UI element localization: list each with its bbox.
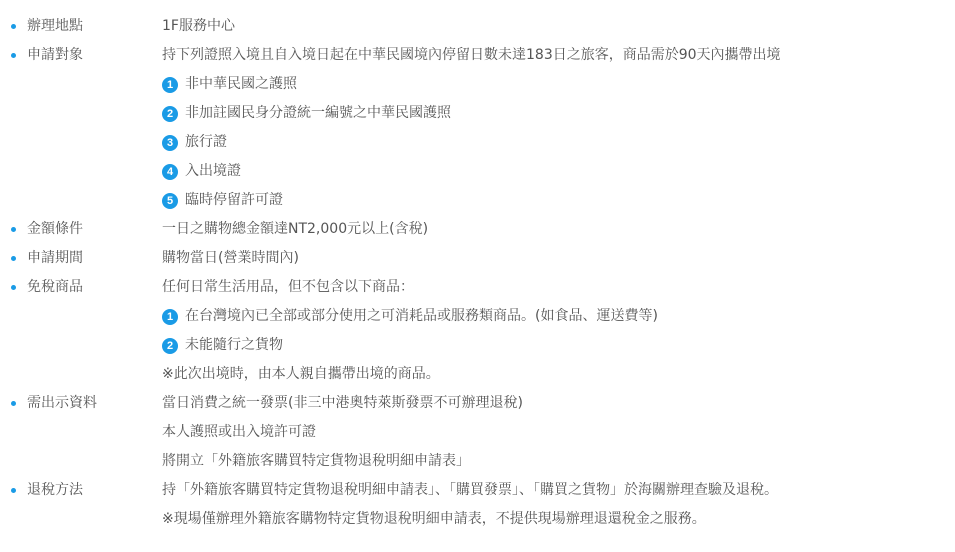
info-row-continuation: 3旅行證 — [0, 128, 955, 157]
info-row-continuation: 2未能隨行之貨物 — [0, 331, 955, 360]
info-value: 1非中華民國之護照 — [162, 70, 297, 99]
number-badge-icon: 3 — [162, 135, 178, 151]
info-row: 辦理地點1F服務中心 — [0, 12, 955, 41]
info-text: 持「外籍旅客購買特定貨物退稅明細申請表」、「購買發票」、「購買之貨物」於海關辦理… — [162, 476, 778, 505]
info-text: 將開立「外籍旅客購買特定貨物退稅明細申請表」 — [162, 447, 470, 476]
info-text: 持下列證照入境且自入境日起在中華民國境內停留日數未達183日之旅客，商品需於90… — [162, 41, 781, 70]
info-row: 免稅商品任何日常生活用品，但不包含以下商品： — [0, 273, 955, 302]
bullet-icon — [11, 256, 16, 261]
info-row-continuation: 5臨時停留許可證 — [0, 186, 955, 215]
info-label: 金額條件 — [27, 215, 83, 244]
bullet-icon — [11, 53, 16, 58]
info-value: 持下列證照入境且自入境日起在中華民國境內停留日數未達183日之旅客，商品需於90… — [162, 41, 781, 70]
tax-refund-info-list: 辦理地點1F服務中心申請對象持下列證照入境且自入境日起在中華民國境內停留日數未達… — [0, 0, 955, 534]
info-value: 4入出境證 — [162, 157, 241, 186]
info-value: 5臨時停留許可證 — [162, 186, 283, 215]
numbered-item-text: 非中華民國之護照 — [185, 70, 297, 99]
number-badge-icon: 2 — [162, 338, 178, 354]
number-badge-icon: 1 — [162, 77, 178, 93]
info-value: ※現場僅辦理外籍旅客購物特定貨物退稅明細申請表，不提供現場辦理退還稅金之服務。 — [162, 505, 706, 534]
info-value: 購物當日(營業時間內) — [162, 244, 299, 273]
numbered-item-text: 臨時停留許可證 — [185, 186, 283, 215]
info-value: 3旅行證 — [162, 128, 227, 157]
numbered-item-text: 非加註國民身分證統一編號之中華民國護照 — [185, 99, 451, 128]
info-text: ※現場僅辦理外籍旅客購物特定貨物退稅明細申請表，不提供現場辦理退還稅金之服務。 — [162, 505, 706, 534]
info-text: 當日消費之統一發票(非三中港奧特萊斯發票不可辦理退稅) — [162, 389, 523, 418]
number-badge-icon: 5 — [162, 193, 178, 209]
info-value: 任何日常生活用品，但不包含以下商品： — [162, 273, 414, 302]
info-text: 本人護照或出入境許可證 — [162, 418, 316, 447]
info-text: 任何日常生活用品，但不包含以下商品： — [162, 273, 414, 302]
info-text: 1F服務中心 — [162, 12, 235, 41]
info-value: 2非加註國民身分證統一編號之中華民國護照 — [162, 99, 451, 128]
info-text: 一日之購物總金額達NT2,000元以上(含稅) — [162, 215, 428, 244]
info-row-continuation: 1在台灣境內已全部或部分使用之可消耗品或服務類商品。(如食品、運送費等) — [0, 302, 955, 331]
info-row-continuation: 本人護照或出入境許可證 — [0, 418, 955, 447]
info-value: 當日消費之統一發票(非三中港奧特萊斯發票不可辦理退稅) — [162, 389, 523, 418]
info-row: 退稅方法持「外籍旅客購買特定貨物退稅明細申請表」、「購買發票」、「購買之貨物」於… — [0, 476, 955, 505]
info-row-continuation: 1非中華民國之護照 — [0, 70, 955, 99]
info-label: 辦理地點 — [27, 12, 83, 41]
info-row: 申請對象持下列證照入境且自入境日起在中華民國境內停留日數未達183日之旅客，商品… — [0, 41, 955, 70]
info-value: 持「外籍旅客購買特定貨物退稅明細申請表」、「購買發票」、「購買之貨物」於海關辦理… — [162, 476, 778, 505]
numbered-item-text: 旅行證 — [185, 128, 227, 157]
number-badge-icon: 1 — [162, 309, 178, 325]
numbered-item-text: 入出境證 — [185, 157, 241, 186]
info-row-continuation: 2非加註國民身分證統一編號之中華民國護照 — [0, 99, 955, 128]
info-label: 退稅方法 — [27, 476, 83, 505]
info-value: 將開立「外籍旅客購買特定貨物退稅明細申請表」 — [162, 447, 470, 476]
info-text: ※此次出境時，由本人親自攜帶出境的商品。 — [162, 360, 440, 389]
info-row: 申請期間購物當日(營業時間內) — [0, 244, 955, 273]
info-row: 金額條件一日之購物總金額達NT2,000元以上(含稅) — [0, 215, 955, 244]
info-row-continuation: ※此次出境時，由本人親自攜帶出境的商品。 — [0, 360, 955, 389]
info-label: 免稅商品 — [27, 273, 83, 302]
info-value: 一日之購物總金額達NT2,000元以上(含稅) — [162, 215, 428, 244]
info-row-continuation: ※現場僅辦理外籍旅客購物特定貨物退稅明細申請表，不提供現場辦理退還稅金之服務。 — [0, 505, 955, 534]
bullet-icon — [11, 227, 16, 232]
info-value: 1在台灣境內已全部或部分使用之可消耗品或服務類商品。(如食品、運送費等) — [162, 302, 658, 331]
info-label: 需出示資料 — [27, 389, 97, 418]
info-row-continuation: 4入出境證 — [0, 157, 955, 186]
info-row-continuation: 將開立「外籍旅客購買特定貨物退稅明細申請表」 — [0, 447, 955, 476]
info-value: 1F服務中心 — [162, 12, 235, 41]
info-value: ※此次出境時，由本人親自攜帶出境的商品。 — [162, 360, 440, 389]
bullet-icon — [11, 285, 16, 290]
info-row: 需出示資料當日消費之統一發票(非三中港奧特萊斯發票不可辦理退稅) — [0, 389, 955, 418]
info-text: 購物當日(營業時間內) — [162, 244, 299, 273]
number-badge-icon: 4 — [162, 164, 178, 180]
number-badge-icon: 2 — [162, 106, 178, 122]
info-value: 2未能隨行之貨物 — [162, 331, 283, 360]
numbered-item-text: 在台灣境內已全部或部分使用之可消耗品或服務類商品。(如食品、運送費等) — [185, 302, 658, 331]
bullet-icon — [11, 401, 16, 406]
bullet-icon — [11, 488, 16, 493]
info-value: 本人護照或出入境許可證 — [162, 418, 316, 447]
info-label: 申請期間 — [27, 244, 83, 273]
info-label: 申請對象 — [27, 41, 83, 70]
numbered-item-text: 未能隨行之貨物 — [185, 331, 283, 360]
bullet-icon — [11, 24, 16, 29]
